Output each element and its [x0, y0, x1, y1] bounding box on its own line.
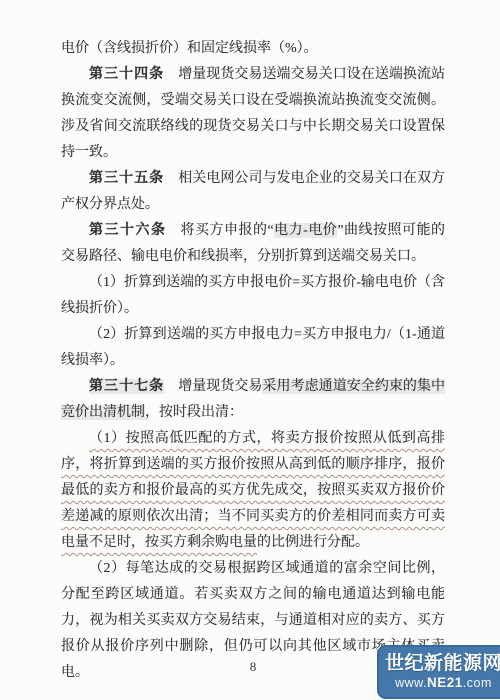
text-segment: 将买方申报的“ — [180, 223, 273, 238]
page-number: 8 — [250, 659, 257, 674]
text-segment: （1）按照高低匹配的方式，将卖方报价按照从低到高排序，将折算到送端的买方报价按照… — [61, 431, 445, 550]
paragraph: 电价（含线损折价）和固定线损率（%）。 — [61, 36, 445, 62]
watermark-badge: 世纪新能源网 www.NE21.com — [377, 645, 500, 699]
paragraph: 第三十五条相关电网公司与发电企业的交易关口在双方产权分界点处。 — [61, 166, 445, 218]
paragraph: 第三十七条增量现货交易采用考虑通道安全约束的集中竞价出清机制，按时段出清： — [61, 374, 445, 426]
document-page: 电价（含线损折价）和固定线损率（%）。第三十四条增量现货交易送端交易关口设在送端… — [0, 0, 500, 700]
paragraph: 第三十六条将买方申报的“电力-电价”曲线按照可能的交易路径、输电电价和线损率，分… — [61, 218, 445, 270]
text-segment: 的比例进行分配。 — [257, 535, 369, 550]
paragraph: 第三十四条增量现货交易送端交易关口设在送端换流站换流变交流侧，受端交易关口设在受… — [61, 62, 445, 166]
paragraph: （1）按照高低匹配的方式，将卖方报价按照从低到高排序，将折算到送端的买方报价按照… — [61, 426, 445, 556]
article-heading: 第三十五条 — [89, 171, 164, 186]
watermark-site-url: www.NE21.com — [395, 675, 492, 691]
document-body: 电价（含线损折价）和固定线损率（%）。第三十四条增量现货交易送端交易关口设在送端… — [61, 36, 445, 686]
paragraph: （1）折算到送端的买方申报电价=买方报价-输电电价（含线损折价）。 — [61, 270, 445, 322]
watermark-site-name: 世纪新能源网 — [385, 653, 500, 675]
paragraph: （2）折算到送端的买方申报电力=买方申报电力/（1-通道线损率）。 — [61, 322, 445, 374]
watermark-url-prefix: www. — [395, 676, 427, 690]
text-segment: （2）折算到送端的买方申报电力=买方申报电力/（1-通道线损率）。 — [61, 327, 445, 368]
text-segment: 电价（含线损折价）和固定线损率（%）。 — [61, 41, 318, 56]
text-segment: ，按时段出清： — [145, 405, 243, 420]
article-heading: 第三十六条 — [89, 223, 166, 238]
text-segment: （1）折算到送端的买方申报电价=买方报价-输电电价（含线损折价）。 — [61, 275, 445, 316]
watermark-url-suffix: .com — [463, 676, 492, 690]
watermark-url-domain: NE21 — [427, 675, 463, 690]
text-segment: 电力-电价 — [274, 223, 338, 238]
article-heading: 第三十四条 — [89, 67, 164, 82]
article-heading: 第三十七条 — [89, 379, 164, 394]
text-segment: 增量现货交易 — [178, 379, 262, 394]
